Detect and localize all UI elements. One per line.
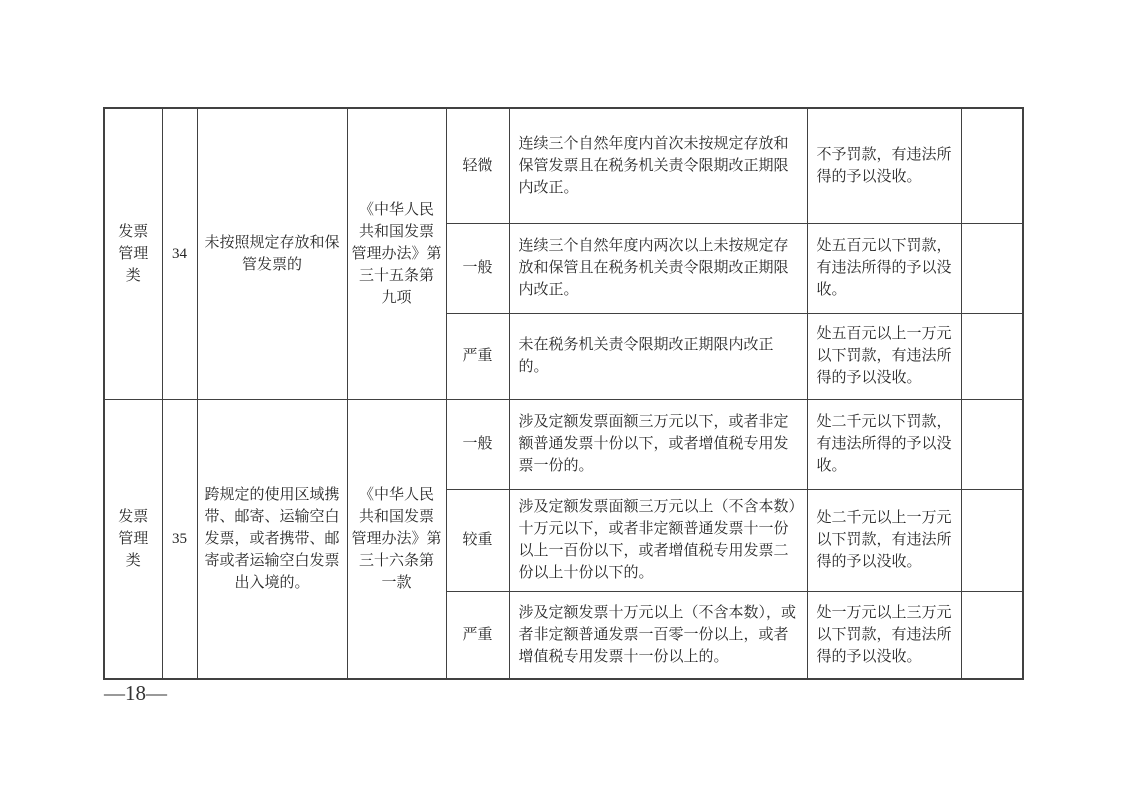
page-number: —18— (104, 681, 167, 706)
severity-cell: 一般 (446, 399, 509, 489)
circumstance-cell: 涉及定额发票面额三万元以下，或者非定额普通发票十份以下，或者增值税专用发票一份的… (509, 399, 807, 489)
remark-cell (961, 399, 1023, 489)
severity-cell: 轻微 (446, 108, 509, 223)
legal-basis-line: 《中华人民 (351, 199, 443, 221)
violation-cell: 跨规定的使用区域携带、邮寄、运输空白发票，或者携带、邮寄或者运输空白发票出入境的… (197, 399, 347, 679)
legal-basis-line: 共和国发票 (351, 221, 443, 243)
circumstance-cell: 涉及定额发票十万元以上（不含本数），或者非定额普通发票一百零一份以上，或者增值税… (509, 591, 807, 679)
penalty-table: 发票管理类 34 未按照规定存放和保管发票的 《中华人民 共和国发票 管理办法》… (103, 107, 1024, 680)
severity-cell: 一般 (446, 223, 509, 313)
penalty-cell: 处二千元以下罚款，有违法所得的予以没收。 (807, 399, 961, 489)
legal-basis-line: 三十五条第 (351, 265, 443, 287)
legal-basis-line: 管理办法》第 (351, 243, 443, 265)
document-page: 发票管理类 34 未按照规定存放和保管发票的 《中华人民 共和国发票 管理办法》… (0, 0, 1122, 793)
legal-basis-cell: 《中华人民 共和国发票 管理办法》第 三十五条第 九项 (347, 108, 446, 399)
category-cell: 发票管理类 (104, 108, 162, 399)
circumstance-cell: 未在税务机关责令限期改正期限内改正的。 (509, 313, 807, 399)
legal-basis-line: 三十六条第 (351, 550, 443, 572)
severity-cell: 严重 (446, 591, 509, 679)
penalty-cell: 不予罚款，有违法所得的予以没收。 (807, 108, 961, 223)
category-label: 发票管理类 (116, 506, 150, 572)
penalty-cell: 处一万元以上三万元以下罚款，有违法所得的予以没收。 (807, 591, 961, 679)
remark-cell (961, 108, 1023, 223)
table-row: 发票管理类 35 跨规定的使用区域携带、邮寄、运输空白发票，或者携带、邮寄或者运… (104, 399, 1023, 489)
violation-cell: 未按照规定存放和保管发票的 (197, 108, 347, 399)
remark-cell (961, 591, 1023, 679)
seq-number-cell: 35 (162, 399, 197, 679)
legal-basis-line: 《中华人民 (351, 484, 443, 506)
legal-basis-line: 共和国发票 (351, 506, 443, 528)
remark-cell (961, 223, 1023, 313)
category-cell: 发票管理类 (104, 399, 162, 679)
severity-cell: 严重 (446, 313, 509, 399)
circumstance-cell: 连续三个自然年度内两次以上未按规定存放和保管且在税务机关责令限期改正期限内改正。 (509, 223, 807, 313)
table-row: 发票管理类 34 未按照规定存放和保管发票的 《中华人民 共和国发票 管理办法》… (104, 108, 1023, 223)
severity-cell: 较重 (446, 489, 509, 591)
violation-text: 未按照规定存放和保管发票的 (202, 232, 342, 276)
legal-basis-line: 九项 (351, 287, 443, 309)
circumstance-cell: 连续三个自然年度内首次未按规定存放和保管发票且在税务机关责令限期改正期限内改正。 (509, 108, 807, 223)
seq-number-cell: 34 (162, 108, 197, 399)
legal-basis-line: 管理办法》第 (351, 528, 443, 550)
penalty-cell: 处五百元以下罚款，有违法所得的予以没收。 (807, 223, 961, 313)
violation-text: 跨规定的使用区域携带、邮寄、运输空白发票，或者携带、邮寄或者运输空白发票出入境的… (202, 484, 342, 594)
penalty-cell: 处五百元以上一万元以下罚款，有违法所得的予以没收。 (807, 313, 961, 399)
category-label: 发票管理类 (116, 221, 150, 287)
legal-basis-line: 一款 (351, 572, 443, 594)
circumstance-cell: 涉及定额发票面额三万元以上（不含本数）十万元以下，或者非定额普通发票十一份以上一… (509, 489, 807, 591)
penalty-cell: 处二千元以上一万元以下罚款，有违法所得的予以没收。 (807, 489, 961, 591)
remark-cell (961, 313, 1023, 399)
legal-basis-cell: 《中华人民 共和国发票 管理办法》第 三十六条第 一款 (347, 399, 446, 679)
remark-cell (961, 489, 1023, 591)
